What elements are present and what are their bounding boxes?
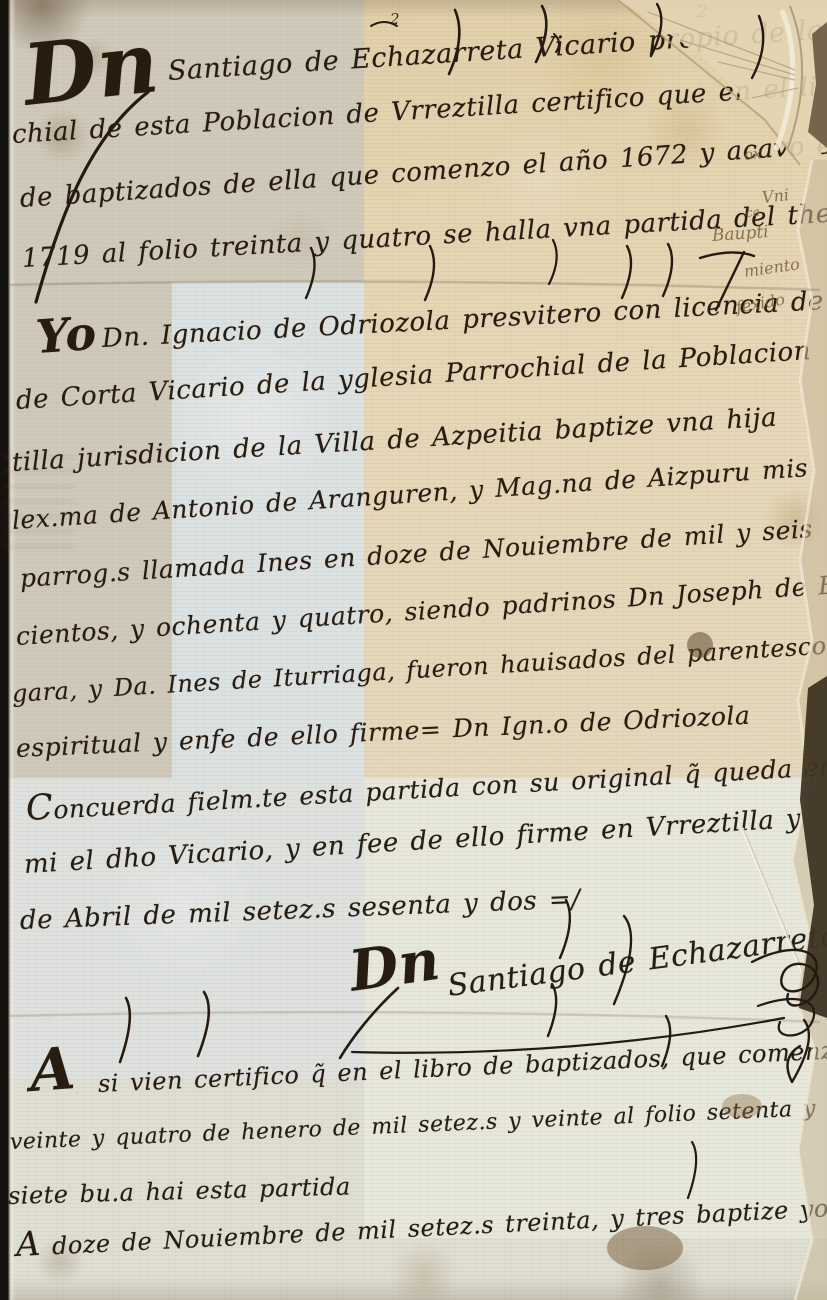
torn-right-edge-icon <box>792 160 827 1300</box>
scan-artifacts-overlay <box>0 0 827 1300</box>
torn-corner-flap-icon <box>618 0 827 165</box>
manuscript-page: Dn Santiago de Echazarreta Vicario propi… <box>0 0 827 1300</box>
initial-swashes <box>36 92 784 1058</box>
